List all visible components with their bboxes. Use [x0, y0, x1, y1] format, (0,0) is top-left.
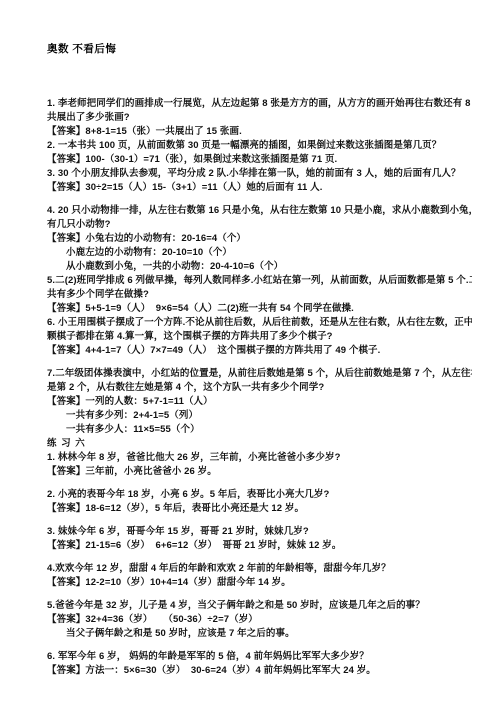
question-line: 1. 李老师把同学们的画排成一行展览，从左边起第 8 张是方方的画，从方方的画开…: [47, 97, 472, 111]
answer-line: 【答案】21-15=6（岁） 6+6=12（岁） 哥哥 21 岁时，妹妹 12 …: [47, 539, 472, 553]
blank-line: [47, 516, 472, 525]
answer-subline: 从小鹿数到小兔，一共的小动物：20-4-10=6（个）: [47, 260, 472, 274]
question-line: 5.二(2)班同学排成 6 列做早操，每列人数同样多.小红站在第一列，从前面数，…: [47, 274, 472, 288]
blank-line: [47, 479, 472, 488]
answer-line: 【答案】一列的人数：5+7-1=11（人）: [47, 395, 472, 409]
answer-line: 【答案】三年前，小亮比爸爸小 26 岁。: [47, 465, 472, 479]
blank-line: [47, 195, 472, 204]
question-line: 4. 20 只小动物排一排，从左往右数第 16 只是小兔，从右往左数第 10 只…: [47, 204, 472, 218]
page-title: 奥数 不看后悔: [47, 42, 472, 56]
answer-line: 【答案】4+4-1=7（人）7×7=49（人） 这个围棋子摆的方阵共用了 49 …: [47, 344, 472, 358]
question-line: 6. 军军今年 6 岁， 妈妈的年龄是军军的 5 倍，4 前年妈妈比军军大多少岁…: [47, 650, 472, 664]
question-line: 共有多少个同学在做操?: [47, 288, 472, 302]
blank-line: [47, 641, 472, 650]
question-line: 3. 30 个小朋友排队去参观，平均分成 2 队.小华排在第一队，她的前面有 3…: [47, 167, 472, 181]
question-line: 3. 妹妹今年 6 岁，哥哥今年 15 岁，哥哥 21 岁时，妹妹几岁?: [47, 525, 472, 539]
answer-line: 【答案】8+8-1=15（张）一共展出了 15 张画.: [47, 125, 472, 139]
answer-line: 【答案】5+5-1=9（人） 9×6=54（人）二(2)班一共有 54 个同学在…: [47, 302, 472, 316]
answer-subline: 一共有多少人：11×5=55（个）: [47, 423, 472, 437]
question-line: 是第 2 个，从右数往左她是第 4 个，这个方队一共有多少个同学?: [47, 381, 472, 395]
answer-line: 【答案】32+4=36（岁） （50-36）÷2=7（岁）: [47, 613, 472, 627]
question-line: 5.爸爸今年是 32 岁，儿子是 4 岁，当父子俩年龄之和是 50 岁时，应该是…: [47, 599, 472, 613]
question-line: 1. 林林今年 8 岁，爸爸比他大 26 岁，三年前，小亮比爸爸小多少岁?: [47, 451, 472, 465]
blank-line: [47, 358, 472, 367]
question-line: 2. 一本书共 100 页，从前面数第 30 页是一幅漂亮的插图，如果倒过来数这…: [47, 139, 472, 153]
answer-subline: 小鹿左边的小动物有：20-10=10（个）: [47, 246, 472, 260]
answer-line: 【答案】方法一：5×6=30（岁） 30-6=24（岁）4 前年妈妈比军军大 2…: [47, 664, 472, 678]
blank-line: [47, 553, 472, 562]
section-heading: 练 习 六: [47, 437, 472, 451]
answer-line: 【答案】12-2=10（岁）10+4=14（岁）甜甜今年 14 岁。: [47, 576, 472, 590]
question-line: 2. 小亮的表哥今年 18 岁，小亮 6 岁。5 年后，表哥比小亮大几岁?: [47, 488, 472, 502]
question-line: 有几只小动物?: [47, 218, 472, 232]
document-page: 奥数 不看后悔 1. 李老师把同学们的画排成一行展览，从左边起第 8 张是方方的…: [0, 0, 496, 702]
answer-line: 【答案】18-6=12（岁），5 年后，表哥比小亮还是大 12 岁。: [47, 502, 472, 516]
answer-line: 【答案】30÷2=15（人）15-（3+1）=11（人）她的后面有 11 人.: [47, 181, 472, 195]
answer-subline: 一共有多少列：2+4-1=5（列）: [47, 409, 472, 423]
answer-line: 【答案】小兔右边的小动物有：20-16=4（个）: [47, 232, 472, 246]
answer-line: 【答案】100-（30-1）=71（张），如果倒过来数这张插图是第 71 页.: [47, 153, 472, 167]
question-line: 共展出了多少张画?: [47, 111, 472, 125]
question-line: 6. 小王用围棋子摆成了一个方阵.不论从前往后数，从后往前数，还是从左往右数，从…: [47, 316, 472, 330]
question-line: 4.欢欢今年 12 岁，甜甜 4 年后的年龄和欢欢 2 年前的年龄相等，甜甜今年…: [47, 562, 472, 576]
question-line: 颗棋子都排在第 4.算一算，这个围棋子摆的方阵共用了多少个棋子?: [47, 330, 472, 344]
answer-subline: 当父子俩年龄之和是 50 岁时，应该是 7 年之后的事。: [47, 627, 472, 641]
blank-line: [47, 590, 472, 599]
document-body: 1. 李老师把同学们的画排成一行展览，从左边起第 8 张是方方的画，从方方的画开…: [47, 97, 472, 678]
question-line: 7.二年级团体操表演中，小红站的位置是，从前往后数她是第 5 个，从后往前数她是…: [47, 367, 472, 381]
